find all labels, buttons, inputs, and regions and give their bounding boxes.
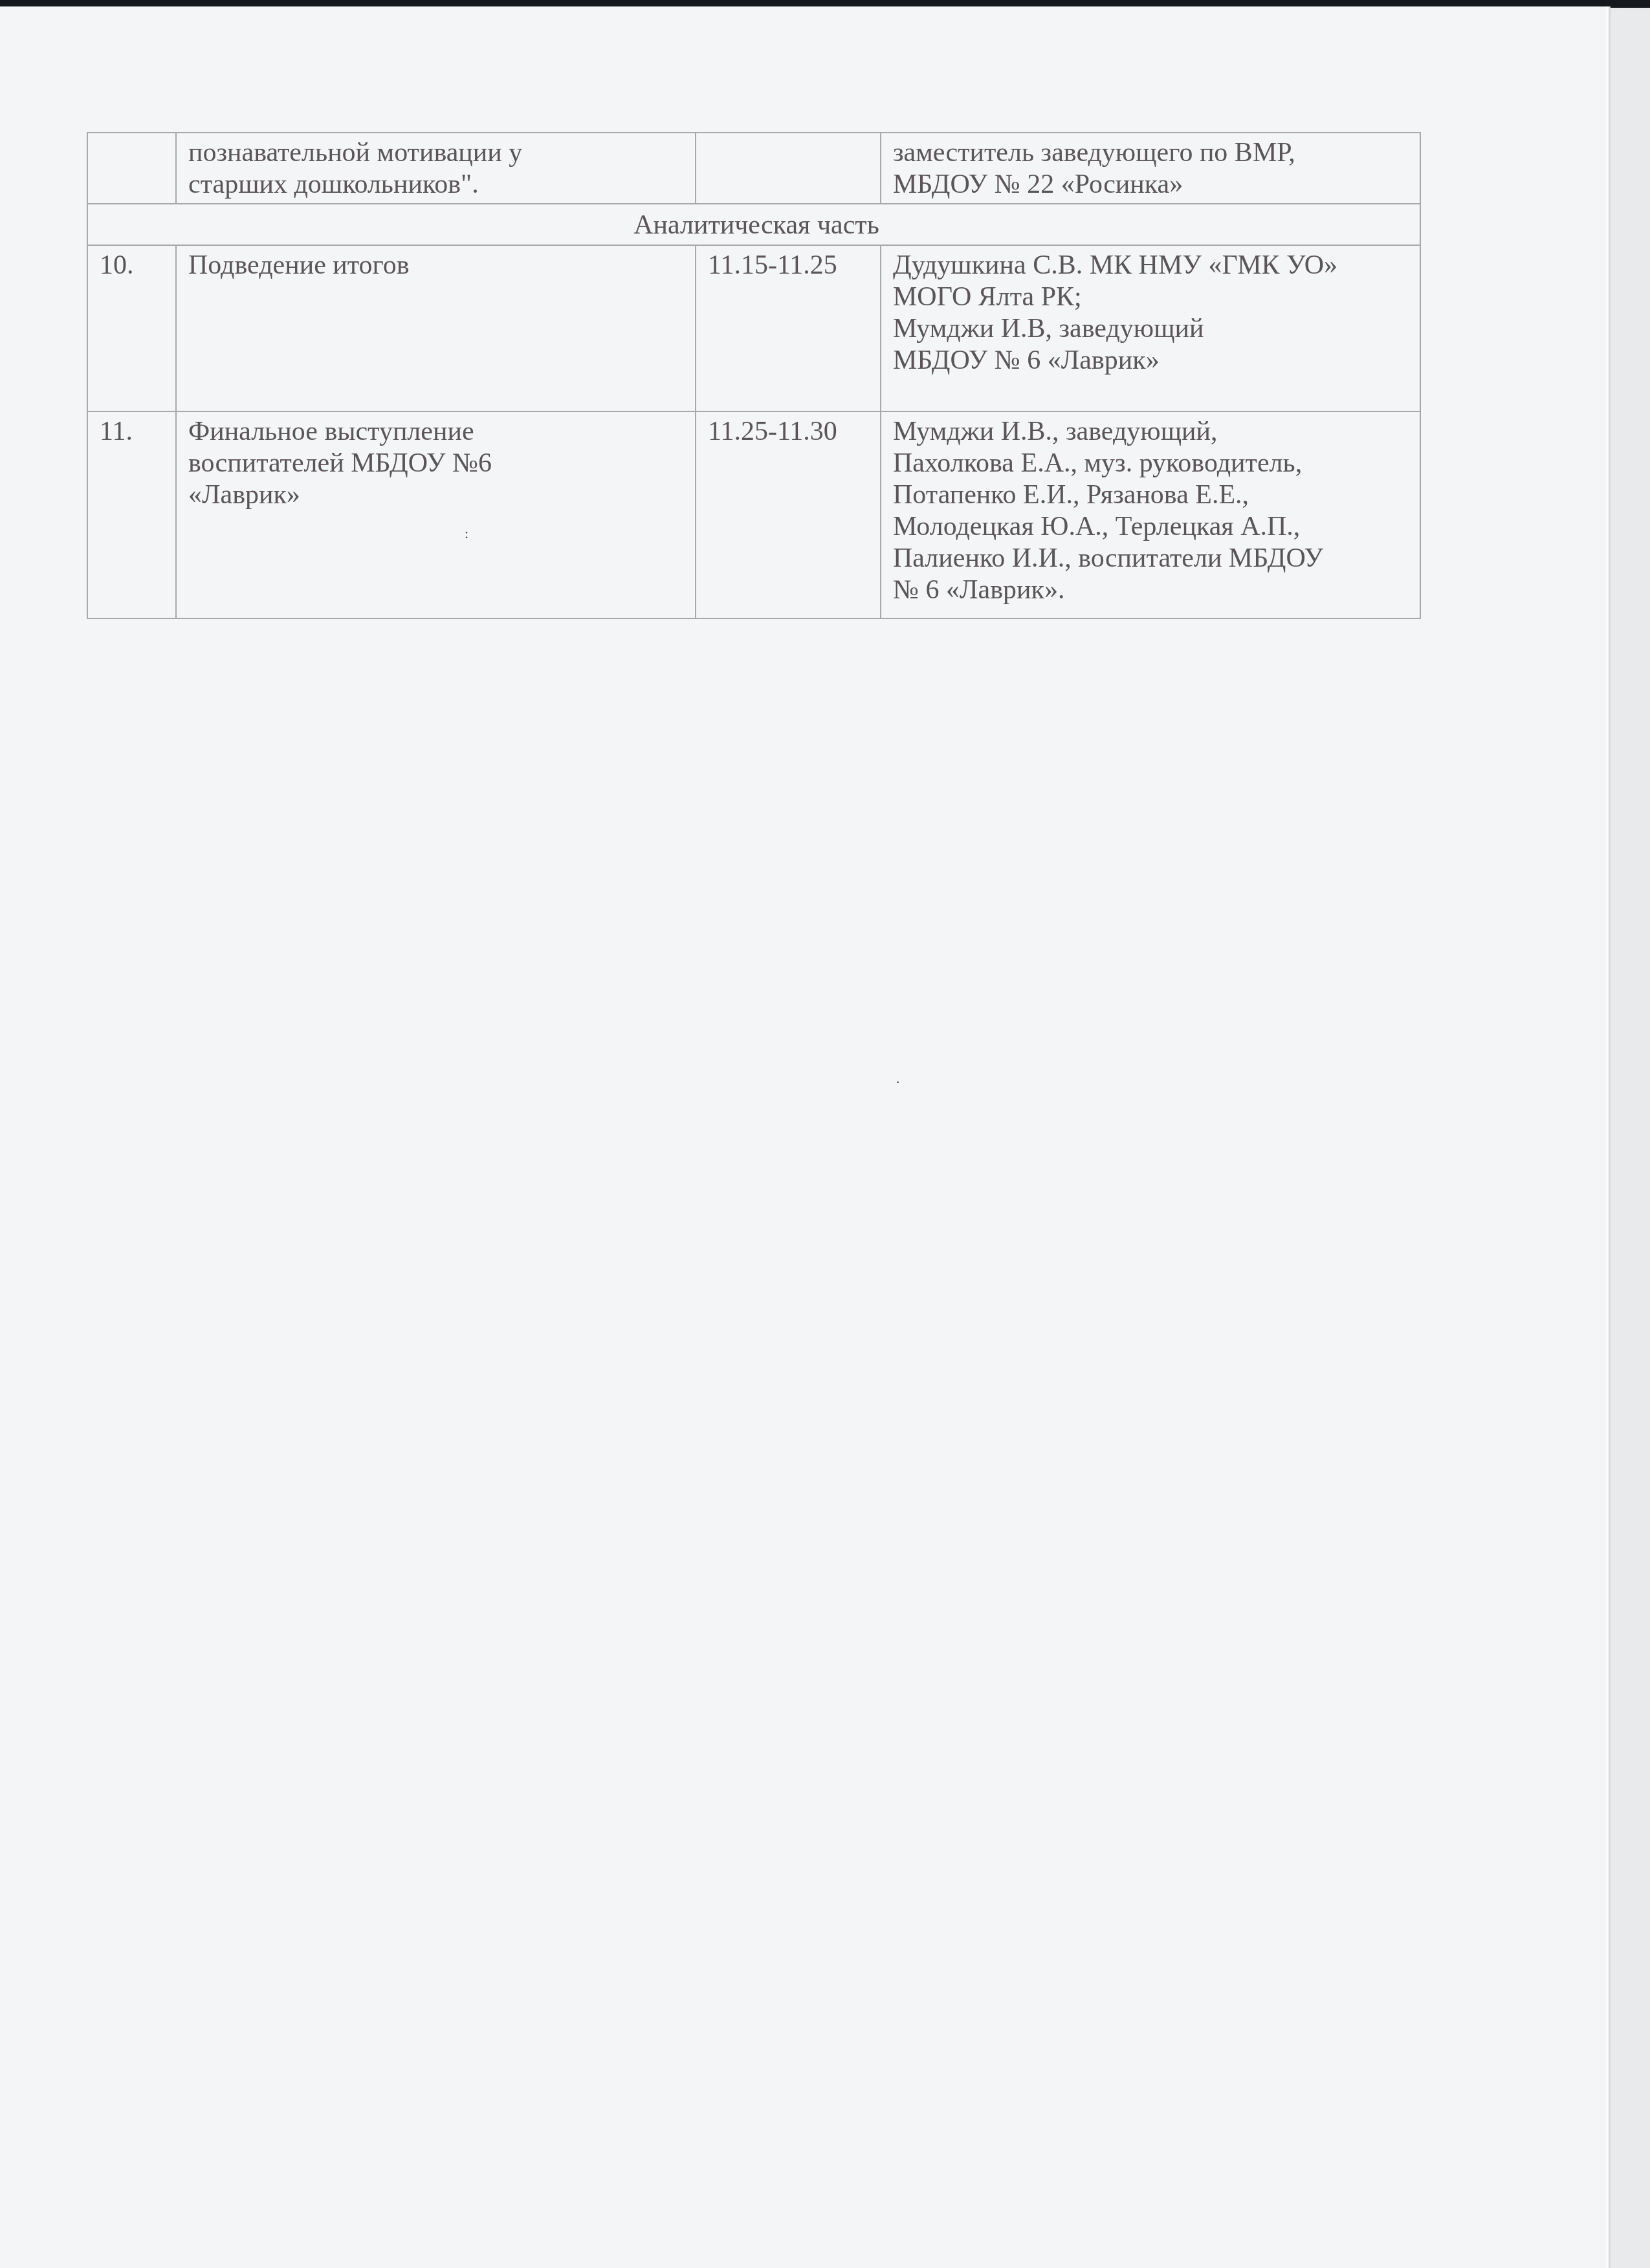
responsible-line: Молодецкая Ю.А., Терлецкая А.П., <box>893 511 1413 543</box>
row-number: 10. <box>87 245 176 411</box>
responsible-line: заместитель заведующего по ВМР, <box>893 137 1413 169</box>
scan-speck: : <box>465 525 468 542</box>
event-title-line: «Лаврик» <box>188 479 688 511</box>
scan-speck: · <box>896 1074 900 1091</box>
table-row-continuation: познавательной мотивации у старших дошко… <box>87 133 1420 204</box>
responsible-line: Дудушкина С.В. МК НМУ «ГМК УО» <box>893 250 1413 281</box>
responsible-line: Пахолкова Е.А., муз. руководитель, <box>893 448 1413 479</box>
responsible-line: № 6 «Лаврик». <box>893 574 1413 606</box>
scanner-background-strip <box>1611 9 1650 2268</box>
responsible-line: МОГО Ялта РК; <box>893 281 1413 313</box>
responsible-line: МБДОУ № 6 «Лаврик» <box>893 345 1413 376</box>
section-header-row: Аналитическая часть <box>87 204 1420 245</box>
event-title-line: познавательной мотивации у <box>188 137 688 169</box>
event-title-line: Подведение итогов <box>188 250 688 281</box>
event-time: 11.25-11.30 <box>696 411 881 618</box>
event-title: Финальное выступление воспитателей МБДОУ… <box>176 411 696 618</box>
table-row: 10. Подведение итогов 11.15-11.25 Дудушк… <box>87 245 1420 411</box>
responsible-line: МБДОУ № 22 «Росинка» <box>893 169 1413 201</box>
event-title-line: Финальное выступление <box>188 416 688 448</box>
schedule-table: познавательной мотивации у старших дошко… <box>87 132 1421 619</box>
row-number <box>87 133 176 204</box>
event-time: 11.15-11.25 <box>696 245 881 411</box>
event-title-line: старших дошкольников". <box>188 169 688 201</box>
responsible-line: Потапенко Е.И., Рязанова Е.Е., <box>893 479 1413 511</box>
table-row: 11. Финальное выступление воспитателей М… <box>87 411 1420 618</box>
event-responsible: Мумджи И.В., заведующий, Пахолкова Е.А.,… <box>881 411 1420 618</box>
event-time <box>696 133 881 204</box>
section-header: Аналитическая часть <box>87 204 1420 245</box>
event-responsible: Дудушкина С.В. МК НМУ «ГМК УО» МОГО Ялта… <box>881 245 1420 411</box>
event-title-line: воспитателей МБДОУ №6 <box>188 448 688 479</box>
event-title: Подведение итогов <box>176 245 696 411</box>
responsible-line: Мумджи И.В, заведующий <box>893 313 1413 345</box>
row-number: 11. <box>87 411 176 618</box>
responsible-line: Мумджи И.В., заведующий, <box>893 416 1413 448</box>
responsible-line: Палиенко И.И., воспитатели МБДОУ <box>893 543 1413 574</box>
event-responsible: заместитель заведующего по ВМР, МБДОУ № … <box>881 133 1420 204</box>
event-title: познавательной мотивации у старших дошко… <box>176 133 696 204</box>
